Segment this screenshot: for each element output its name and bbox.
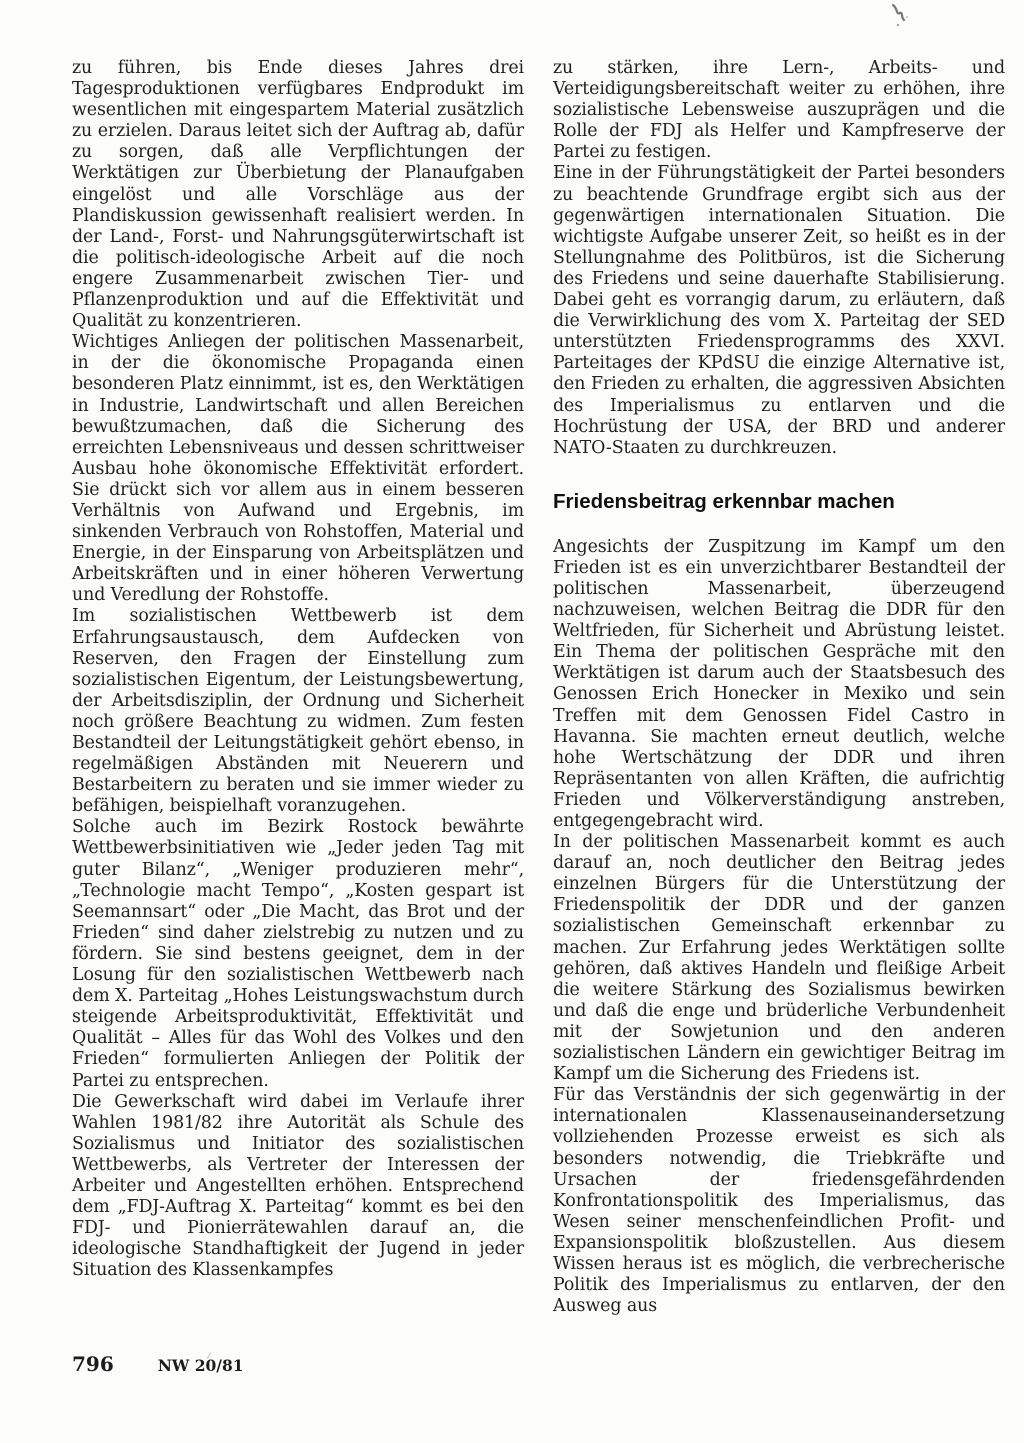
issue-label: NW 20/81 <box>158 1356 244 1375</box>
paragraph: Wichtiges Anliegen der politischen Masse… <box>72 332 524 606</box>
paragraph: Eine in der Führungstätigkeit der Partei… <box>553 163 1005 458</box>
paragraph: In der politischen Massenarbeit kommt es… <box>553 832 1005 1085</box>
page-footer: 796NW 20/81 <box>72 1352 244 1376</box>
page-number: 796 <box>72 1352 114 1376</box>
scanned-magazine-page: zu führen, bis Ende dieses Jahres drei T… <box>0 0 1024 1443</box>
paragraph: Die Gewerkschaft wird dabei im Verlaufe … <box>72 1092 524 1282</box>
paragraph: Angesichts der Zuspitzung im Kampf um de… <box>553 537 1005 832</box>
text-column-left: zu führen, bis Ende dieses Jahres drei T… <box>72 58 524 1281</box>
pen-scribble-artifact <box>886 3 912 33</box>
paragraph: zu stärken, ihre Lern-, Arbeits- und Ver… <box>553 58 1005 163</box>
paragraph: zu führen, bis Ende dieses Jahres drei T… <box>72 58 524 332</box>
section-heading: Friedensbeitrag erkennbar machen <box>553 490 1005 514</box>
paragraph: Für das Verständnis der sich gegenwärtig… <box>553 1085 1005 1317</box>
paragraph: Im sozialistischen Wettbewerb ist dem Er… <box>72 606 524 817</box>
text-column-right: zu stärken, ihre Lern-, Arbeits- und Ver… <box>553 58 1005 1317</box>
paragraph: Solche auch im Bezirk Rostock bewährte W… <box>72 817 524 1091</box>
